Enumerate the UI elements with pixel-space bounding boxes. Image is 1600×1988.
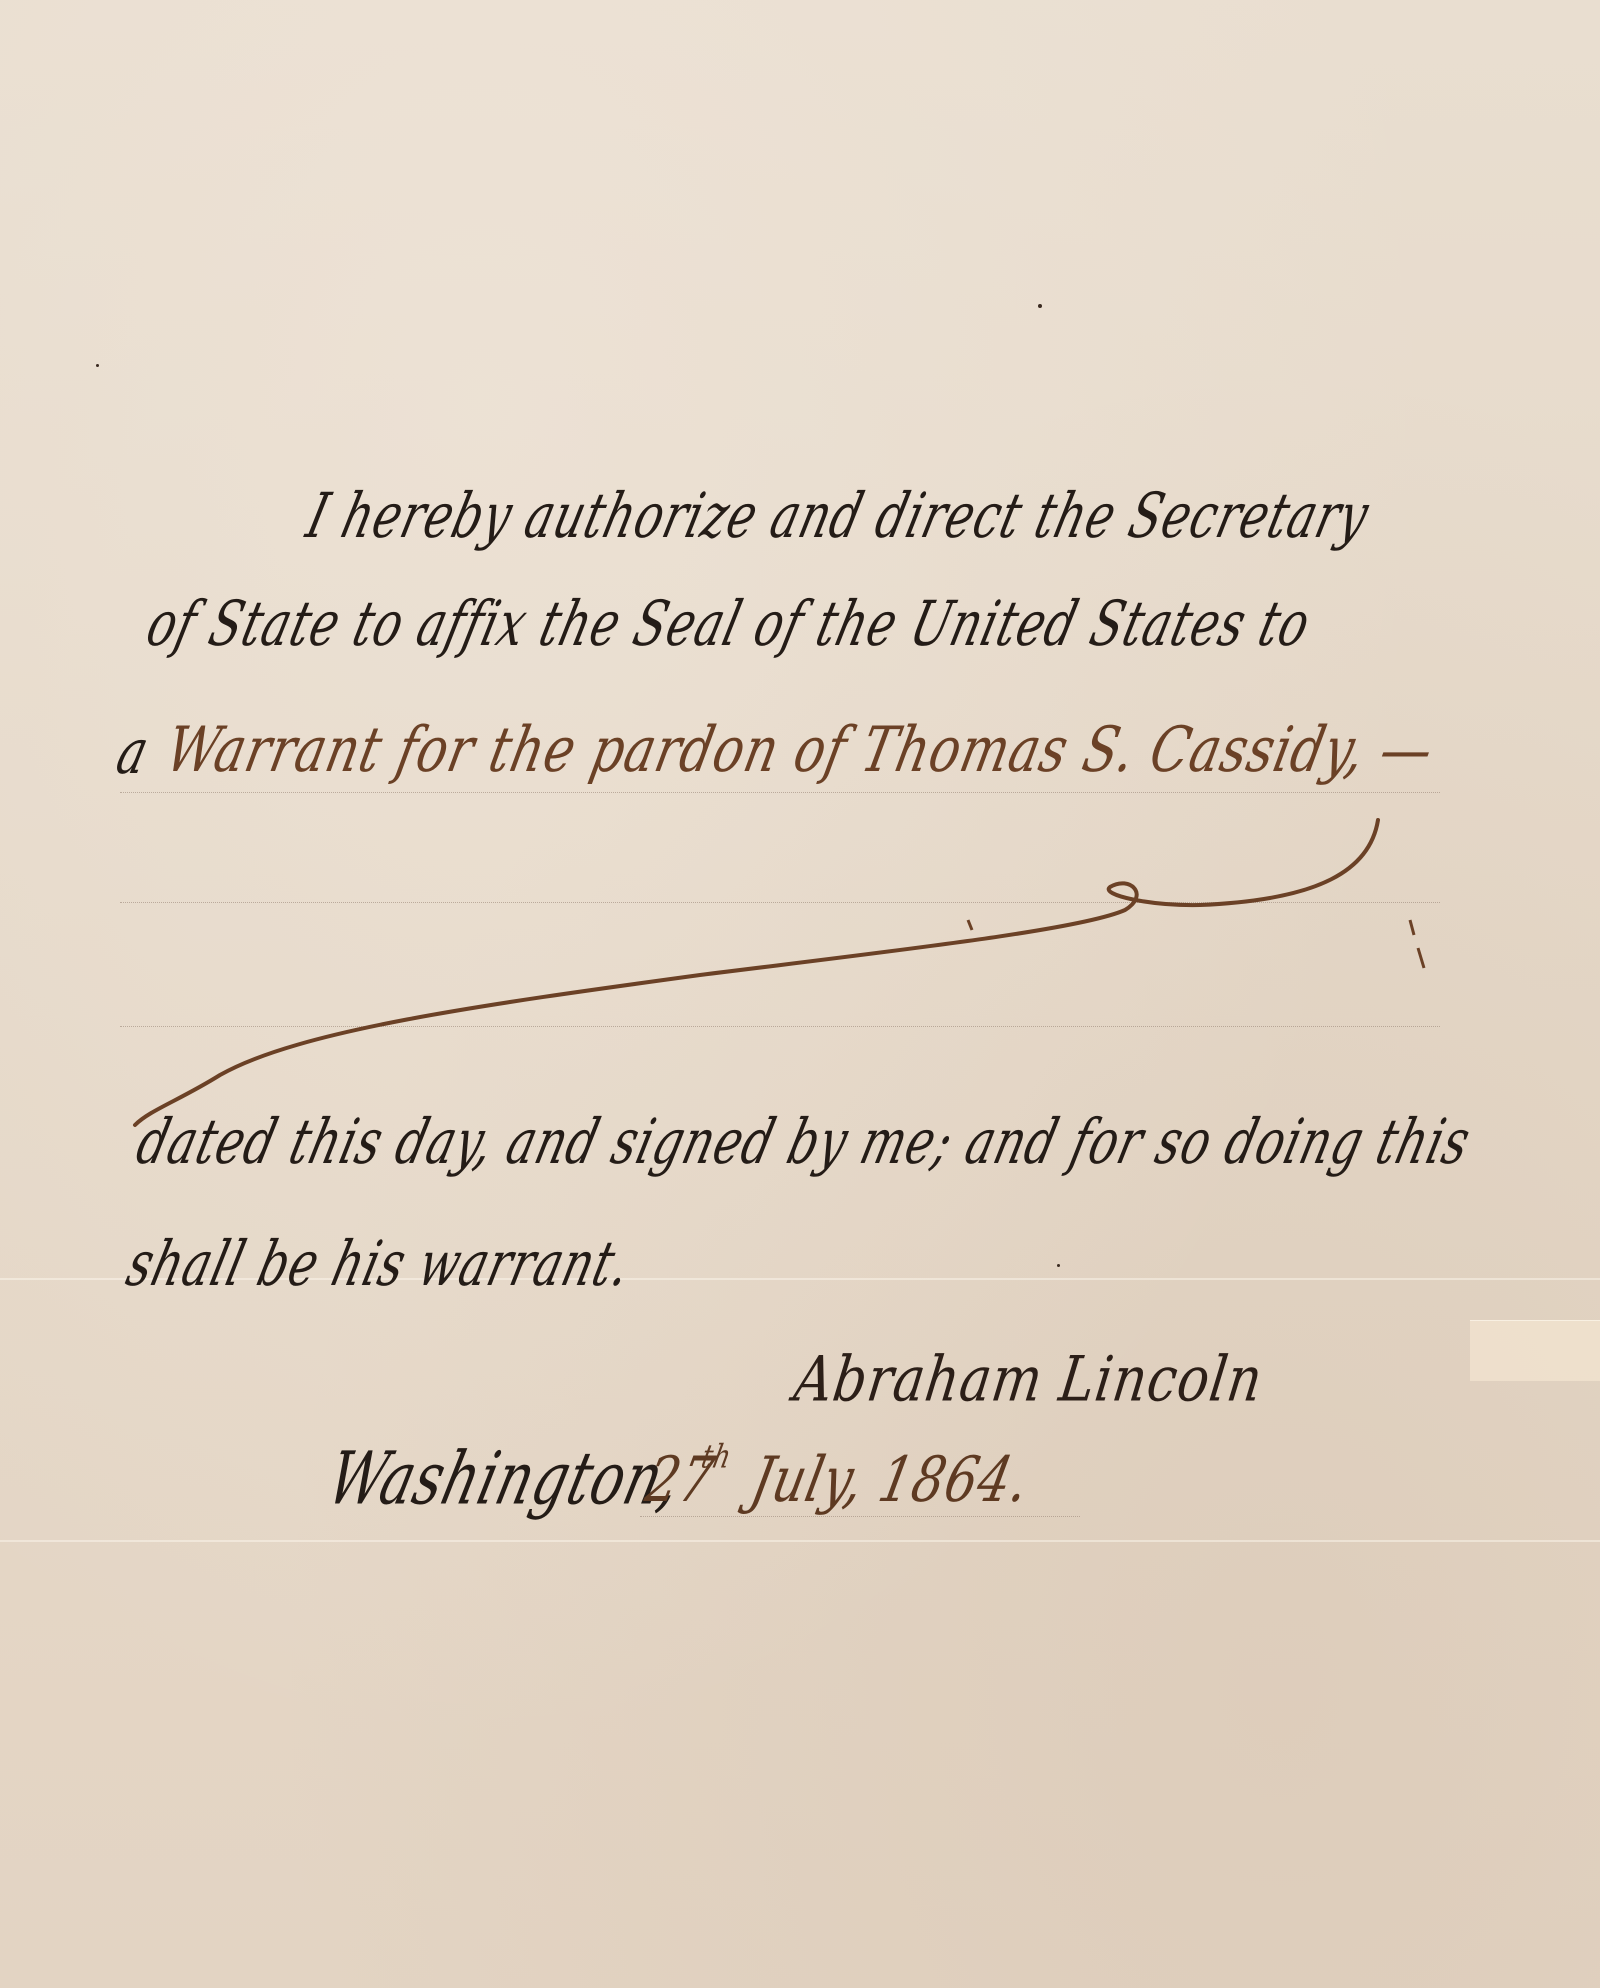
ink-speck: [1057, 1264, 1060, 1267]
signature: Abraham Lincoln: [790, 1344, 1267, 1416]
dateline-place: Washington,: [320, 1436, 690, 1521]
ink-speck: [96, 364, 99, 367]
engraved-text-line-5: shall be his warrant.: [120, 1227, 639, 1300]
dateline-month-year: July, 1864.: [745, 1444, 1036, 1517]
engraved-text-line-4: dated this day, and signed by me; and fo…: [130, 1105, 1478, 1178]
manuscript-flourish: [0, 0, 1600, 1988]
ink-speck: [1038, 304, 1042, 308]
